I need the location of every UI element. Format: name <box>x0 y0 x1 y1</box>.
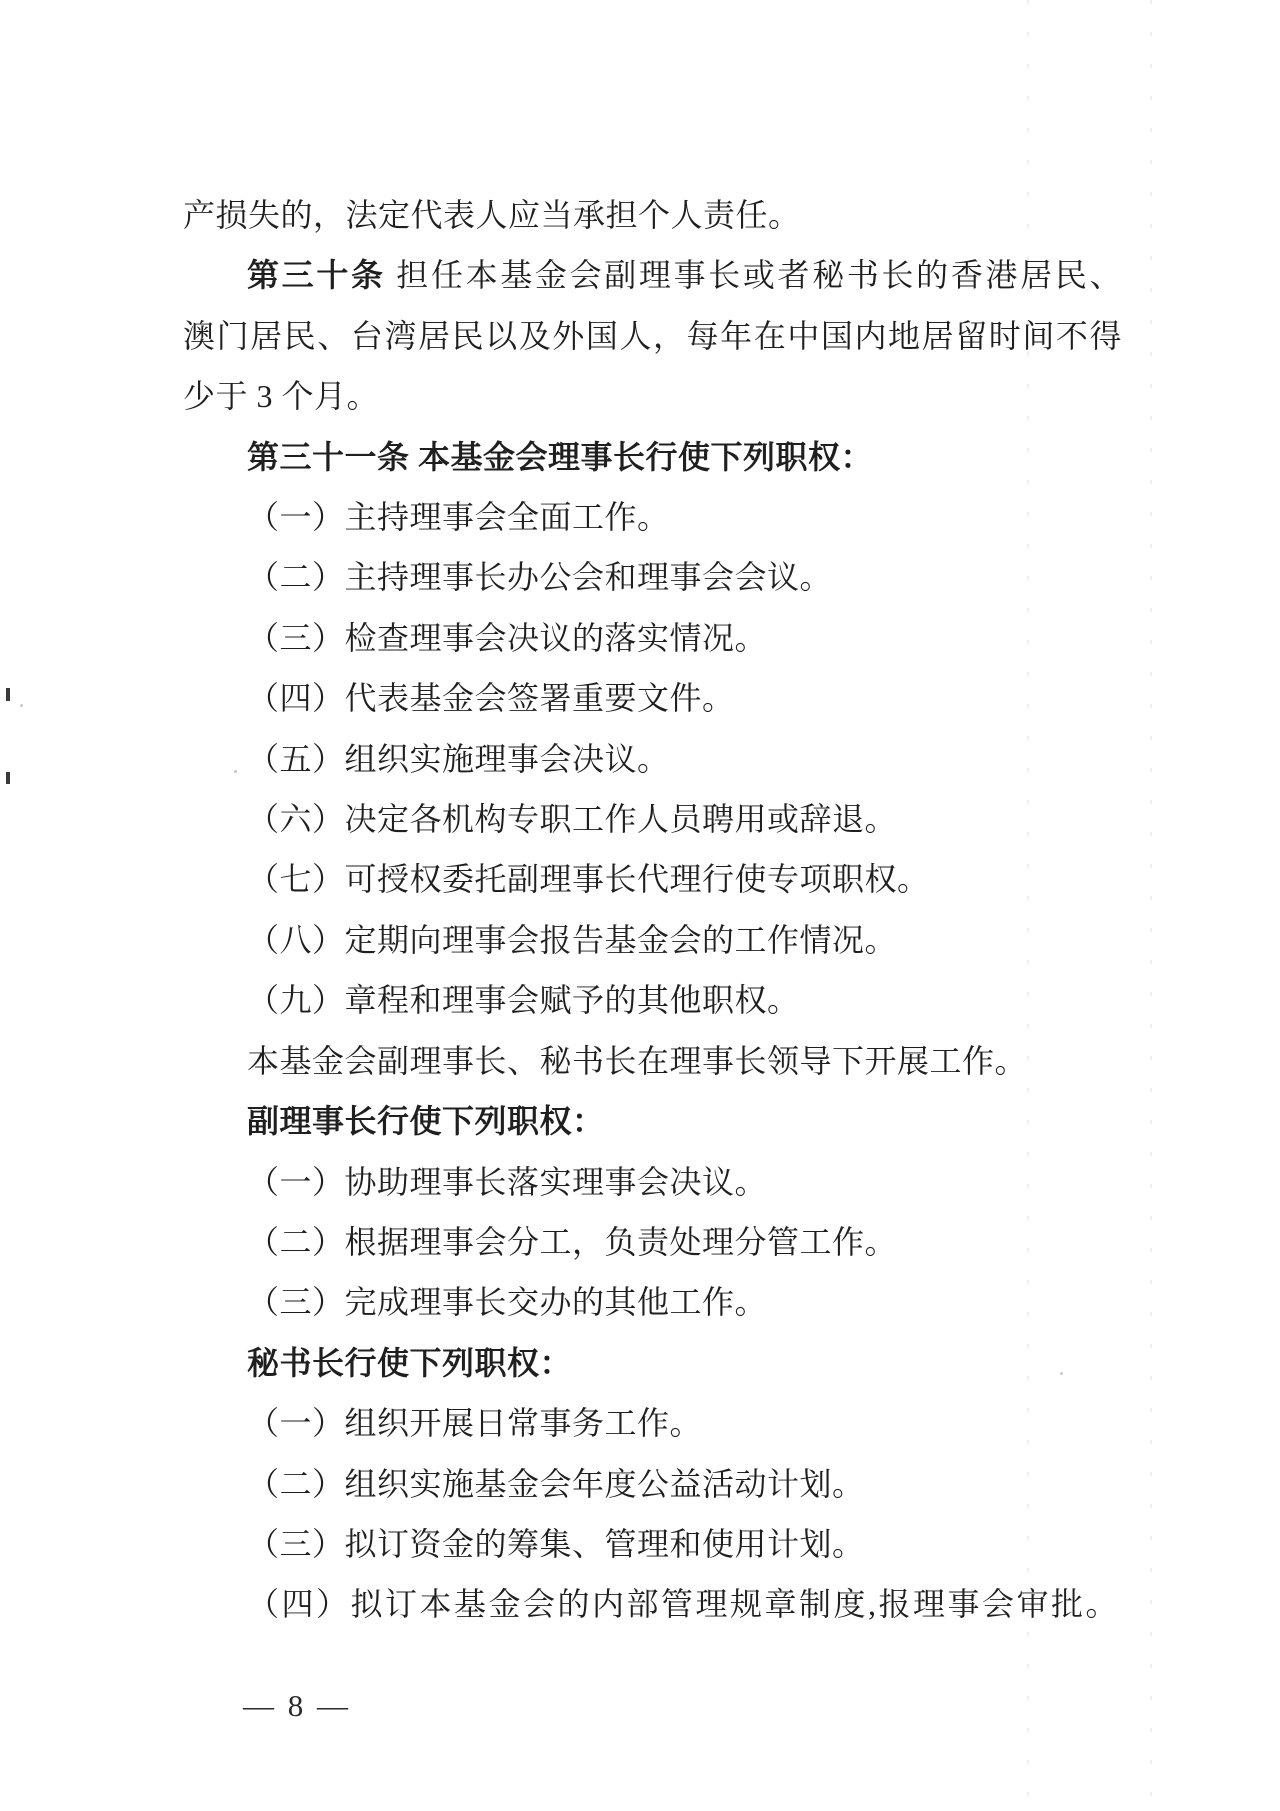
page-number: — 8 — <box>243 1688 351 1724</box>
doc-line-text: （三）拟订资金的筹集、管理和使用计划。 <box>247 1526 865 1562</box>
doc-line-text: （九）章程和理事会赋予的其他职权。 <box>247 982 800 1018</box>
doc-line-bold: 副理事长行使下列职权： <box>247 1103 605 1139</box>
doc-line-text: 澳门居民、台湾居民以及外国人，每年在中国内地居留时间不得 <box>183 318 1122 354</box>
doc-line-article-30: 第三十条 担任本基金会副理事长或者秘书长的香港居民、 <box>183 245 1122 305</box>
doc-line-list-item: （四）拟订本基金会的内部管理规章制度,报理事会审批。 <box>183 1574 1122 1634</box>
scan-artifact <box>6 772 10 784</box>
doc-line-list-item: （三）检查理事会决议的落实情况。 <box>183 608 1122 668</box>
doc-line-list-item: （二）主持理事长办公会和理事会会议。 <box>183 547 1122 607</box>
doc-line-text: （四）拟订本基金会的内部管理规章制度,报理事会审批。 <box>247 1586 1120 1622</box>
doc-line-text: （一）组织开展日常事务工作。 <box>247 1405 702 1441</box>
document-body: 产损失的，法定代表人应当承担个人责任。 第三十条 担任本基金会副理事长或者秘书长… <box>183 185 1122 1635</box>
scan-speck <box>20 704 23 707</box>
doc-line-vice-chair-heading: 副理事长行使下列职权： <box>183 1091 1122 1151</box>
doc-line-bold: 秘书长行使下列职权： <box>247 1345 572 1381</box>
doc-line: 澳门居民、台湾居民以及外国人，每年在中国内地居留时间不得 <box>183 306 1122 366</box>
doc-line-text: 担任本基金会副理事长或者秘书长的香港居民、 <box>386 257 1122 293</box>
doc-line-list-item: （三）完成理事长交办的其他工作。 <box>183 1272 1122 1332</box>
doc-line: 少于 3 个月。 <box>183 366 1122 426</box>
doc-line-text: 产损失的，法定代表人应当承担个人责任。 <box>183 197 801 233</box>
document-page: 产损失的，法定代表人应当承担个人责任。 第三十条 担任本基金会副理事长或者秘书长… <box>0 0 1280 1811</box>
doc-line-text: （一）主持理事会全面工作。 <box>247 499 670 535</box>
doc-line-secretary-heading: 秘书长行使下列职权： <box>183 1333 1122 1393</box>
doc-line-list-item: （二）根据理事会分工，负责处理分管工作。 <box>183 1212 1122 1272</box>
doc-line-text: （六）决定各机构专职工作人员聘用或辞退。 <box>247 801 897 837</box>
doc-line-text: 本基金会副理事长、秘书长在理事长领导下开展工作。 <box>247 1043 1027 1079</box>
doc-line-list-item: （九）章程和理事会赋予的其他职权。 <box>183 970 1122 1030</box>
doc-line-list-item: （八）定期向理事会报告基金会的工作情况。 <box>183 910 1122 970</box>
doc-line-text: （四）代表基金会签署重要文件。 <box>247 680 735 716</box>
doc-line-text: （七）可授权委托副理事长代理行使专项职权。 <box>247 861 930 897</box>
doc-line-list-item: （三）拟订资金的筹集、管理和使用计划。 <box>183 1514 1122 1574</box>
doc-line-bold: 第三十一条 本基金会理事长行使下列职权： <box>247 439 873 475</box>
doc-line-text: （二）根据理事会分工，负责处理分管工作。 <box>247 1224 897 1260</box>
doc-line-list-item: （一）组织开展日常事务工作。 <box>183 1393 1122 1453</box>
doc-line-text: （二）组织实施基金会年度公益活动计划。 <box>247 1466 865 1502</box>
scan-fold-line <box>1150 0 1152 1811</box>
doc-line-text: 少于 3 个月。 <box>183 378 379 414</box>
doc-line-list-item: （二）组织实施基金会年度公益活动计划。 <box>183 1454 1122 1514</box>
doc-line-list-item: （一）协助理事长落实理事会决议。 <box>183 1152 1122 1212</box>
doc-line-text: （三）检查理事会决议的落实情况。 <box>247 620 767 656</box>
doc-line-list-item: （六）决定各机构专职工作人员聘用或辞退。 <box>183 789 1122 849</box>
doc-line-text: （二）主持理事长办公会和理事会会议。 <box>247 559 832 595</box>
doc-line-text: （三）完成理事长交办的其他工作。 <box>247 1284 767 1320</box>
doc-line-list-item: （七）可授权委托副理事长代理行使专项职权。 <box>183 849 1122 909</box>
doc-line-text: （五）组织实施理事会决议。 <box>247 741 670 777</box>
scan-artifact <box>6 688 10 701</box>
doc-line-bold: 第三十条 <box>247 257 386 293</box>
doc-line-text: （八）定期向理事会报告基金会的工作情况。 <box>247 922 897 958</box>
doc-line-list-item: （一）主持理事会全面工作。 <box>183 487 1122 547</box>
doc-line-article-31-heading: 第三十一条 本基金会理事长行使下列职权： <box>183 427 1122 487</box>
doc-line-text: （一）协助理事长落实理事会决议。 <box>247 1164 767 1200</box>
doc-line: 产损失的，法定代表人应当承担个人责任。 <box>183 185 1122 245</box>
doc-line-list-item: （五）组织实施理事会决议。 <box>183 729 1122 789</box>
doc-line-list-item: （四）代表基金会签署重要文件。 <box>183 668 1122 728</box>
doc-line: 本基金会副理事长、秘书长在理事长领导下开展工作。 <box>183 1031 1122 1091</box>
